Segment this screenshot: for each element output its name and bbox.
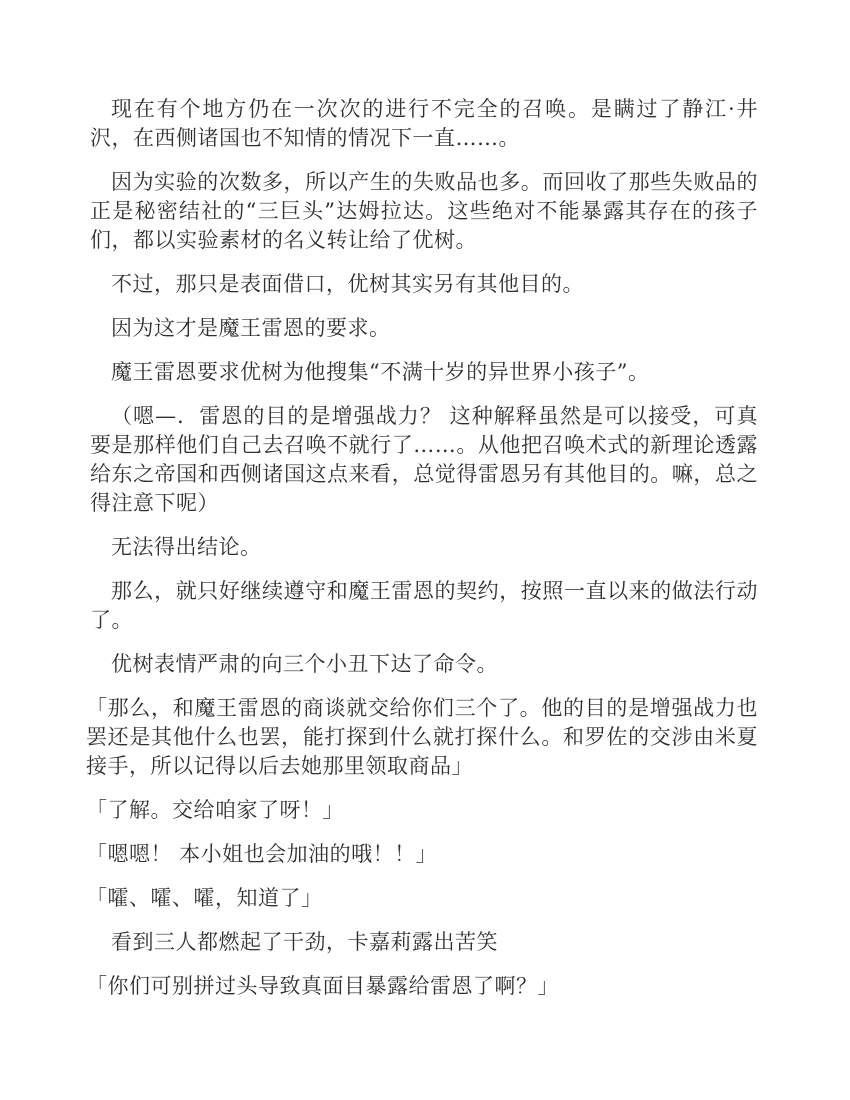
paragraph: 「你们可别拼过头导致真面目暴露给雷恩了啊？」	[86, 972, 758, 1001]
paragraph: 现在有个地方仍在一次次的进行不完全的召唤。是瞒过了静江·井沢，在西侧诸国也不知情…	[90, 95, 758, 153]
paragraph: 无法得出结论。	[90, 533, 758, 562]
novel-page: 现在有个地方仍在一次次的进行不完全的召唤。是瞒过了静江·井沢，在西侧诸国也不知情…	[0, 0, 850, 1100]
paragraph: 看到三人都燃起了干劲，卡嘉莉露出苦笑	[90, 928, 758, 957]
paragraph: 不过，那只是表面借口，优树其实另有其他目的。	[90, 270, 758, 299]
paragraph: 「那么，和魔王雷恩的商谈就交给你们三个了。他的目的是增强战力也罢还是其他什么也罢…	[86, 694, 758, 781]
paragraph: 因为实验的次数多，所以产生的失败品也多。而回收了那些失败品的正是秘密结社的“三巨…	[90, 168, 758, 255]
text-block: 现在有个地方仍在一次次的进行不完全的召唤。是瞒过了静江·井沢，在西侧诸国也不知情…	[90, 95, 758, 1016]
paragraph: 魔王雷恩要求优树为他搜集“不满十岁的异世界小孩子”。	[90, 358, 758, 387]
paragraph: 「嗯嗯！ 本小姐也会加油的哦！！」	[86, 840, 758, 869]
paragraph: 「了解。交给咱家了呀！」	[86, 796, 758, 825]
paragraph: 那么，就只好继续遵守和魔王雷恩的契约，按照一直以来的做法行动了。	[90, 577, 758, 635]
paragraph: 优树表情严肃的向三个小丑下达了命令。	[90, 650, 758, 679]
paragraph: （嗯—．雷恩的目的是增强战力？ 这种解释虽然是可以接受，可真要是那样他们自己去召…	[90, 402, 758, 518]
paragraph: 因为这才是魔王雷恩的要求。	[90, 314, 758, 343]
paragraph: 「嚯、嚯、嚯，知道了」	[86, 884, 758, 913]
